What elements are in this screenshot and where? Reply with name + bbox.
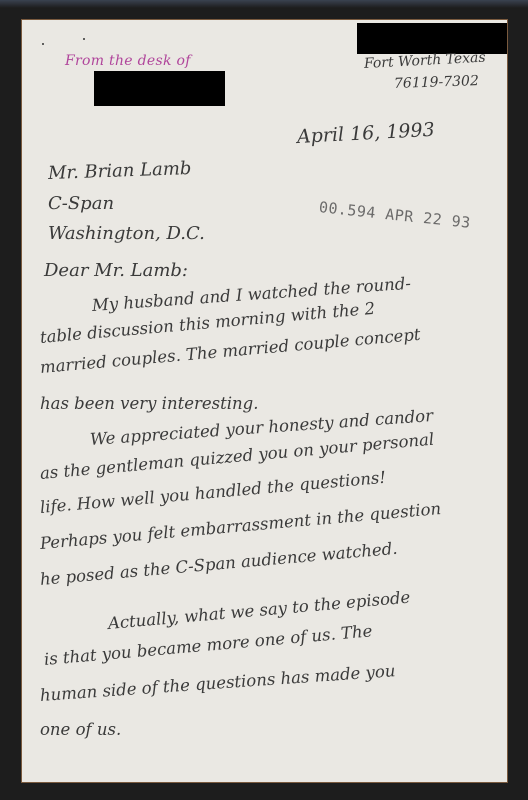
- recipient-location: Washington, D.C.: [48, 223, 205, 244]
- sender-zip: 76119-7302: [394, 73, 479, 92]
- body-line: has been very interesting.: [40, 394, 258, 413]
- recipient-name: Mr. Brian Lamb: [48, 158, 192, 184]
- paper-speck: [42, 43, 44, 45]
- redacted-sender-name: [94, 71, 225, 106]
- body-line: is that you became more one of us. The: [43, 621, 373, 669]
- letter-page: From the desk of Fort Worth Texas 76119-…: [22, 20, 507, 782]
- body-line: one of us.: [40, 720, 121, 739]
- letterhead-text: From the desk of: [65, 53, 191, 69]
- scanner-frame-edge: [0, 0, 528, 8]
- paper-speck: [83, 38, 85, 40]
- salutation: Dear Mr. Lamb:: [44, 260, 188, 281]
- recipient-organization: C-Span: [48, 193, 114, 214]
- letter-date: April 16, 1993: [296, 119, 435, 148]
- body-line: human side of the questions has made you: [39, 661, 396, 705]
- received-stamp: 00.594 APR 22 93: [318, 198, 472, 232]
